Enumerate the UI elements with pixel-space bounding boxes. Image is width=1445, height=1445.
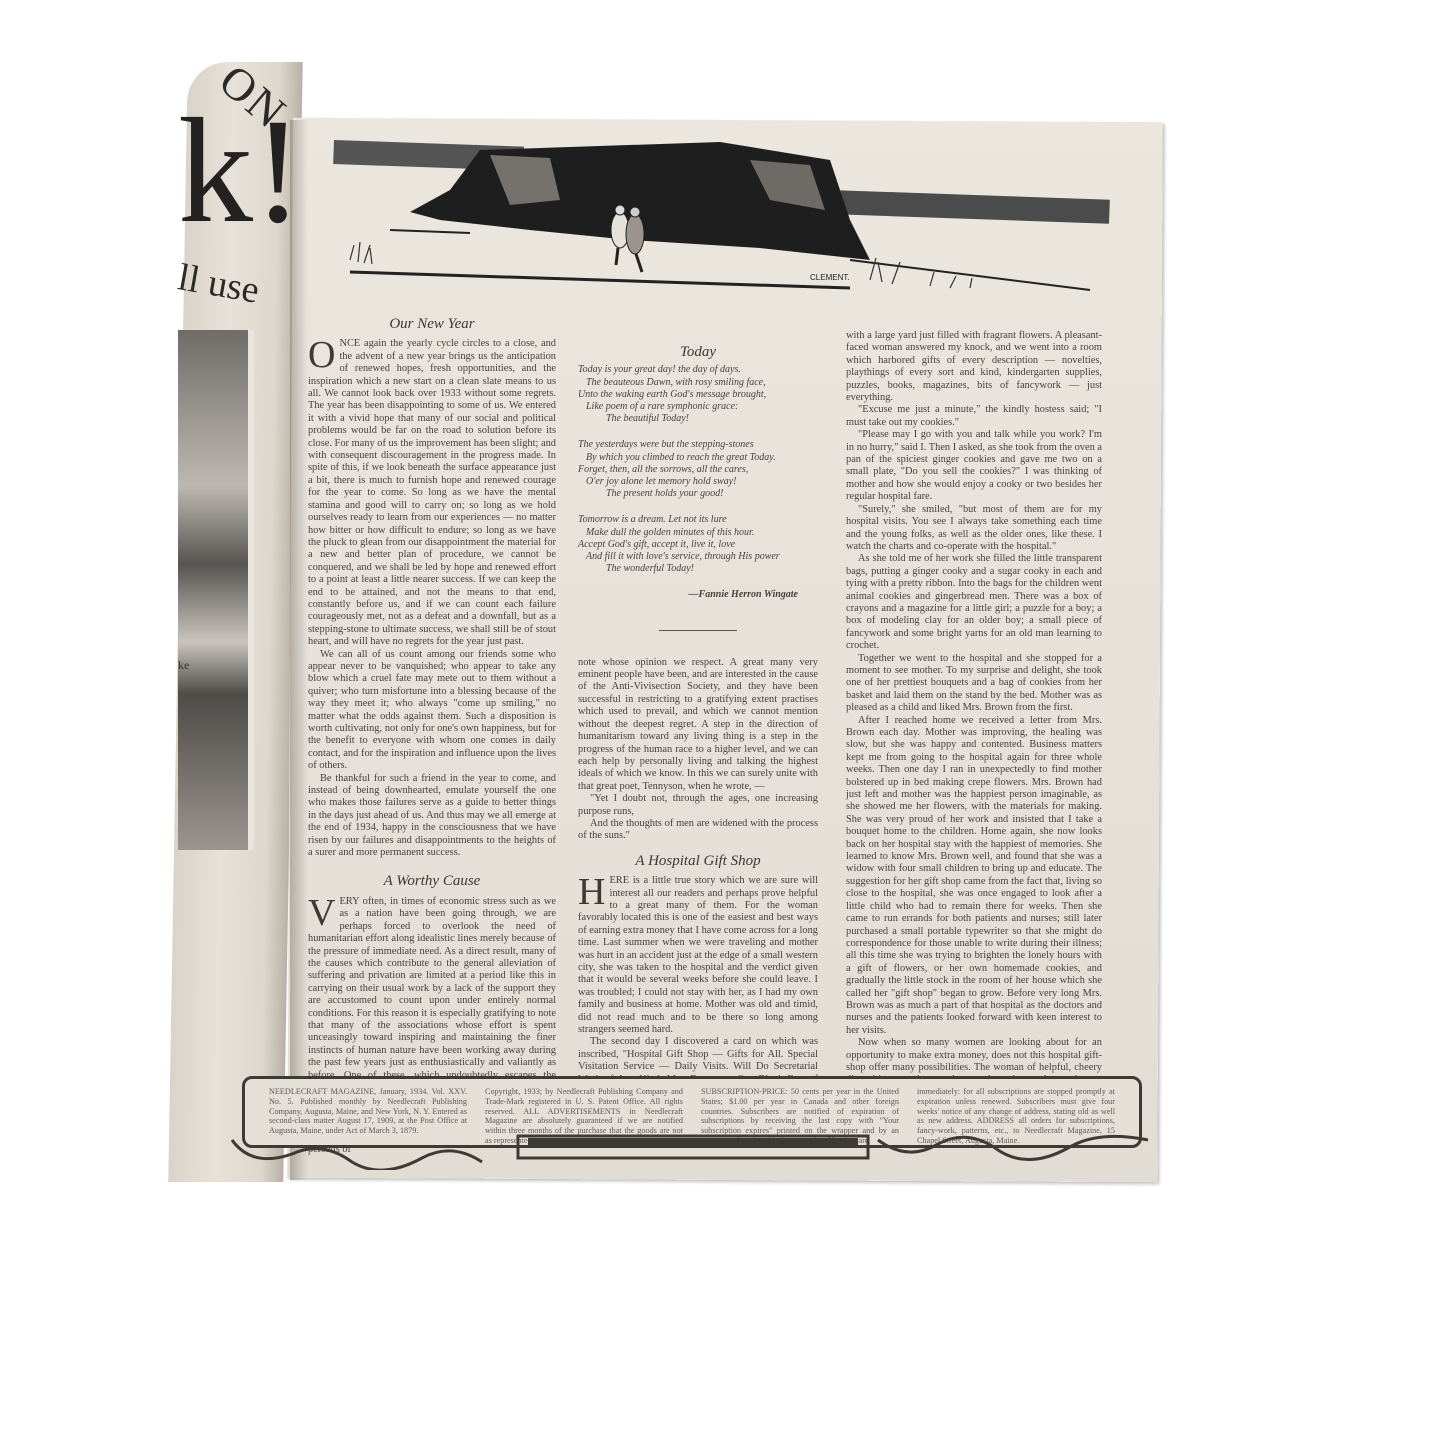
dropcap-o: O bbox=[308, 340, 335, 370]
poem-author: —Fannie Herron Wingate bbox=[578, 589, 798, 601]
poem-line: Make dull the golden minutes of this hou… bbox=[578, 527, 818, 539]
poem-line: The beautiful Today! bbox=[578, 413, 818, 425]
poem-line: The present holds your good! bbox=[578, 488, 818, 500]
tennyson-quote-line: "Yet I doubt not, through the ages, one … bbox=[578, 793, 818, 818]
article-paragraph: As she told me of her work she filled th… bbox=[846, 553, 1102, 652]
poem-line: By which you climbed to reach the great … bbox=[578, 452, 818, 464]
poem-line: Like poem of a rare symphonic grace: bbox=[578, 401, 818, 413]
article-paragraph: note whose opinion we respect. A great m… bbox=[578, 657, 818, 793]
dropcap-v: V bbox=[308, 898, 335, 928]
article-title-worthy-cause: A Worthy Cause bbox=[308, 875, 556, 887]
poem-line: And fill it with love's service, through… bbox=[578, 551, 818, 563]
poem-line: Tomorrow is a dream. Let not its lure bbox=[578, 514, 818, 526]
article-paragraph: NCE again the yearly cycle circles to a … bbox=[308, 338, 556, 648]
poem-line: Forget, then, all the sorrows, all the c… bbox=[578, 464, 818, 476]
article-paragraph: Together we went to the hospital and she… bbox=[846, 653, 1102, 715]
winter-illustration: CLEMENT. bbox=[330, 130, 1110, 310]
poem-line: The wonderful Today! bbox=[578, 563, 818, 575]
poem-line: Unto the waking earth God's message brou… bbox=[578, 389, 818, 401]
poem-line: The beauteous Dawn, with rosy smiling fa… bbox=[578, 377, 818, 389]
left-page-photo bbox=[178, 330, 254, 850]
article-paragraph: ERE is a little true story which we are … bbox=[578, 875, 818, 1036]
section-divider bbox=[659, 630, 737, 631]
article-paragraph: Be thankful for such a friend in the yea… bbox=[308, 773, 556, 860]
illustration-signature: CLEMENT. bbox=[810, 273, 850, 282]
article-paragraph: "Please may I go with you and talk while… bbox=[846, 429, 1102, 503]
banner-scrollwork bbox=[228, 1130, 1158, 1170]
left-page-caption: ke bbox=[178, 658, 189, 673]
article-paragraph: "Surely," she smiled, "but most of them … bbox=[846, 504, 1102, 554]
dropcap-h: H bbox=[578, 877, 605, 907]
poem-line: O'er joy alone let memory hold sway! bbox=[578, 476, 818, 488]
poem-line: Today is your great day! the day of days… bbox=[578, 364, 818, 376]
column-1: Our New Year O NCE again the yearly cycl… bbox=[308, 312, 556, 1156]
poem-today: Today is your great day! the day of days… bbox=[578, 364, 818, 601]
article-title-new-year: Our New Year bbox=[308, 318, 556, 330]
poem-title: Today bbox=[578, 346, 818, 358]
gutter-shadow bbox=[290, 120, 308, 1180]
column-3: with a large yard just filled with fragr… bbox=[846, 330, 1102, 1136]
publication-info-banner: NEEDLECRAFT MAGAZINE, January, 1934. Vol… bbox=[228, 1070, 1158, 1170]
article-paragraph: "Excuse me just a minute," the kindly ho… bbox=[846, 404, 1102, 429]
article-title-gift-shop: A Hospital Gift Shop bbox=[578, 855, 818, 867]
tennyson-quote-line: And the thoughts of men are widened with… bbox=[578, 818, 818, 843]
poem-line: Accept God's gift, accept it, live it, l… bbox=[578, 539, 818, 551]
article-paragraph: with a large yard just filled with fragr… bbox=[846, 330, 1102, 404]
left-page-large-heading: k! bbox=[178, 96, 303, 246]
poem-line: The yesterdays were but the stepping-sto… bbox=[578, 439, 818, 451]
article-paragraph: After I reached home we received a lette… bbox=[846, 715, 1102, 1038]
article-paragraph: We can all of us count among our friends… bbox=[308, 649, 556, 773]
column-2: Today Today is your great day! the day o… bbox=[578, 340, 818, 1111]
